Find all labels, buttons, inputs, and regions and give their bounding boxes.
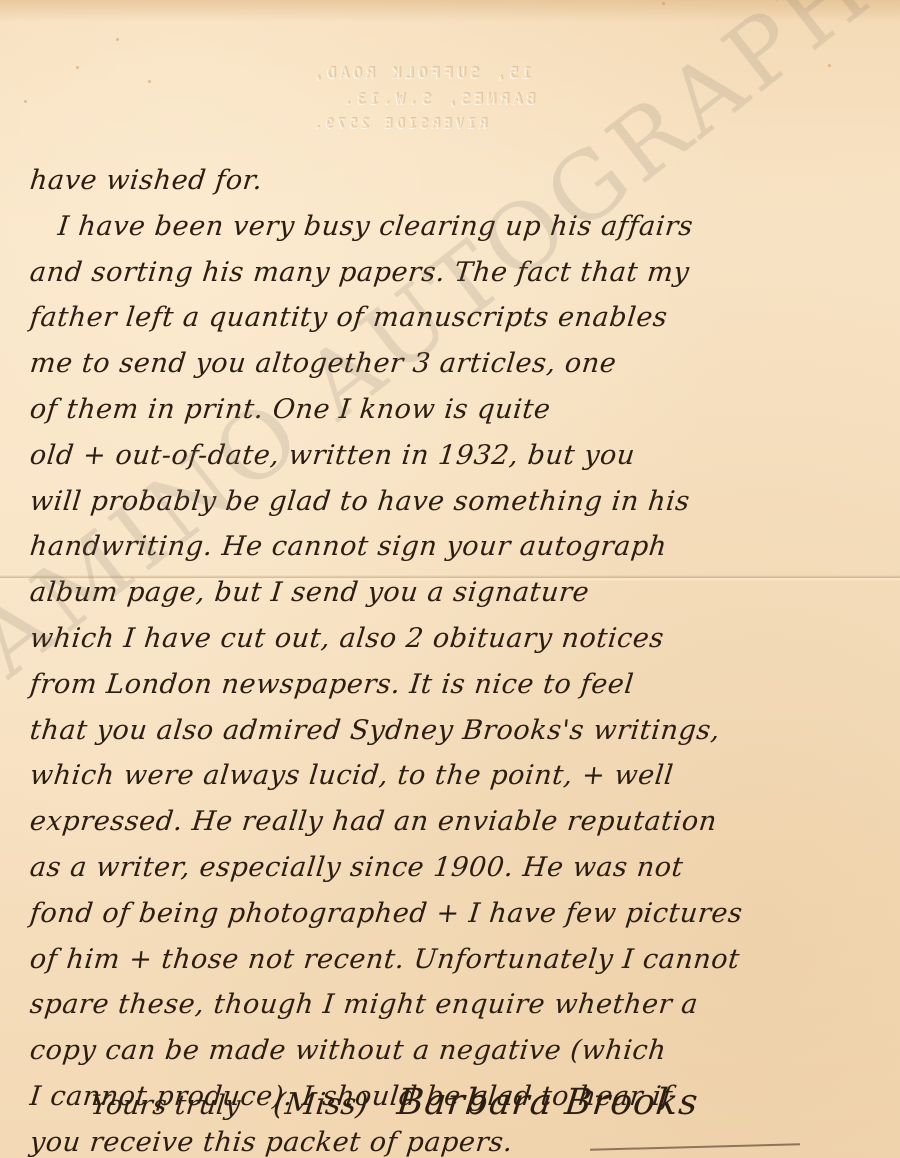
signature: Barbara Brooks	[395, 1082, 700, 1123]
paper-top-edge	[0, 0, 900, 22]
letterhead-telephone-line: RIVERSIDE 2579.	[310, 112, 630, 138]
letter-page: 15, SUFFOLK ROAD, BARNES, S.W.13. RIVERS…	[0, 0, 900, 1158]
letter-line: that you also admired Sydney Brooks's wr…	[28, 708, 893, 754]
letter-line: will probably be glad to have something …	[28, 479, 893, 525]
letter-line: of him + those not recent. Unfortunately…	[28, 937, 893, 983]
letter-line: old + out-of-date, written in 1932, but …	[28, 433, 893, 479]
foxing-spot	[76, 66, 79, 69]
foxing-spot	[662, 2, 665, 5]
letter-body: have wished for. I have been very busy c…	[30, 158, 890, 1158]
letter-line: I have been very busy clearing up his af…	[28, 204, 893, 250]
letterhead-district-line: BARNES, S.W.13.	[340, 86, 630, 112]
letter-line: copy can be made without a negative (whi…	[28, 1028, 893, 1074]
letter-line: father left a quantity of manuscripts en…	[28, 295, 893, 341]
letter-line: expressed. He really had an enviable rep…	[28, 799, 893, 845]
foxing-spot	[24, 100, 27, 103]
foxing-spot	[116, 38, 119, 41]
signatory-title: (Miss)	[272, 1087, 370, 1122]
embossed-letterhead: 15, SUFFOLK ROAD, BARNES, S.W.13. RIVERS…	[310, 60, 630, 138]
letter-line: of them in print. One I know is quite	[28, 387, 893, 433]
letter-line: me to send you altogether 3 articles, on…	[28, 341, 893, 387]
letter-line: fond of being photographed + I have few …	[28, 891, 893, 937]
foxing-spot	[148, 80, 151, 83]
letter-line: and sorting his many papers. The fact th…	[28, 250, 893, 296]
letter-line: spare these, though I might enquire whet…	[28, 982, 893, 1028]
letter-line: which I have cut out, also 2 obituary no…	[28, 616, 893, 662]
foxing-spot	[828, 64, 831, 67]
letter-line: which were always lucid, to the point, +…	[28, 753, 893, 799]
valediction: Yours truly	[89, 1090, 242, 1121]
letter-line: handwriting. He cannot sign your autogra…	[28, 524, 893, 570]
letter-closing: Yours truly (Miss) Barbara Brooks	[87, 1082, 900, 1142]
letter-line: have wished for.	[28, 158, 893, 204]
letter-line: album page, but I send you a signature	[28, 570, 893, 616]
letter-line: as a writer, especially since 1900. He w…	[28, 845, 893, 891]
letter-line: from London newspapers. It is nice to fe…	[28, 662, 893, 708]
letterhead-address-line: 15, SUFFOLK ROAD,	[310, 60, 630, 86]
